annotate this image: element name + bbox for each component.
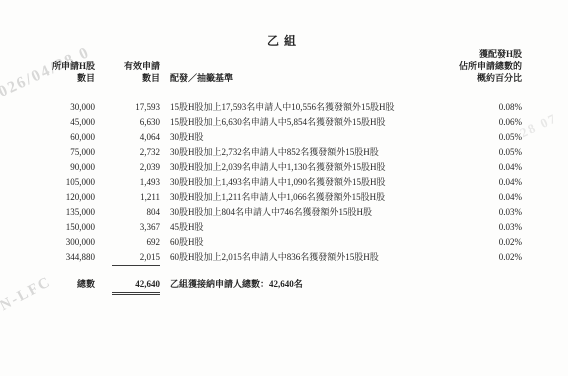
table-row: 120,000 1,211 30股H股加上1,211名申請人中1,066名獲發額… bbox=[45, 190, 522, 205]
percentage-cell: 0.02% bbox=[438, 235, 522, 250]
valid-applications-cell: 2,015 bbox=[95, 250, 160, 266]
valid-applications-cell: 2,732 bbox=[95, 145, 160, 160]
page-title: 乙組 bbox=[0, 32, 568, 49]
basis-cell: 30股H股加上1,493名申請人中1,090名獲發額外15股H股 bbox=[160, 175, 438, 190]
percentage-cell: 0.02% bbox=[438, 250, 522, 266]
basis-cell: 15股H股加上6,630名申請人中5,854名獲發額外15股H股 bbox=[160, 115, 438, 130]
column-header-basis: 配發／抽籤基準 bbox=[160, 48, 438, 84]
applied-shares-cell: 45,000 bbox=[45, 115, 95, 130]
total-double-rule: 42,640 bbox=[112, 277, 160, 295]
table-row: 300,000 692 60股H股 0.02% bbox=[45, 235, 522, 250]
percentage-cell: 0.05% bbox=[438, 145, 522, 160]
valid-applications-cell: 1,211 bbox=[95, 190, 160, 205]
table-header-row: 所申請H股 數目 有效申請 數目 配發／抽籤基準 獲配發H股 佔所申請總數的 概… bbox=[45, 48, 522, 84]
watermark-fragment: 28 07 bbox=[518, 110, 560, 141]
basis-cell: 30股H股加上1,211名申請人中1,066名獲發額外15股H股 bbox=[160, 190, 438, 205]
applied-shares-cell: 60,000 bbox=[45, 130, 95, 145]
table-row: 150,000 3,367 45股H股 0.03% bbox=[45, 220, 522, 235]
applied-shares-cell: 300,000 bbox=[45, 235, 95, 250]
percentage-cell: 0.05% bbox=[438, 130, 522, 145]
valid-applications-cell: 2,039 bbox=[95, 160, 160, 175]
column-header-line: 佔所申請總數的 bbox=[459, 60, 522, 72]
column-header-valid-applications: 有效申請 數目 bbox=[95, 48, 160, 84]
total-valid-applications: 42,640 bbox=[95, 277, 160, 295]
table-row: 30,000 17,593 15股H股加上17,593名申請人中10,556名獲… bbox=[45, 100, 522, 115]
basis-cell: 60股H股加上2,015名申請人中836名獲發額外15股H股 bbox=[160, 250, 438, 266]
percentage-cell: 0.03% bbox=[438, 205, 522, 220]
percentage-cell: 0.06% bbox=[438, 115, 522, 130]
allotment-table: 所申請H股 數目 有效申請 數目 配發／抽籤基準 獲配發H股 佔所申請總數的 概… bbox=[45, 48, 522, 295]
applied-shares-cell: 90,000 bbox=[45, 160, 95, 175]
applied-shares-cell: 105,000 bbox=[45, 175, 95, 190]
column-header-line: 數目 bbox=[77, 72, 95, 84]
valid-applications-cell: 804 bbox=[95, 205, 160, 220]
valid-applications-cell: 3,367 bbox=[95, 220, 160, 235]
total-row: 總數 42,640 乙組獲接納申請人總數：42,640名 bbox=[45, 277, 522, 295]
valid-applications-cell: 4,064 bbox=[95, 130, 160, 145]
percentage-cell: 0.03% bbox=[438, 220, 522, 235]
percentage-cell: 0.04% bbox=[438, 175, 522, 190]
total-percentage-cell bbox=[438, 277, 522, 295]
valid-applications-cell: 17,593 bbox=[95, 100, 160, 115]
applied-shares-cell: 120,000 bbox=[45, 190, 95, 205]
table-row: 60,000 4,064 30股H股 0.05% bbox=[45, 130, 522, 145]
total-label: 總數 bbox=[45, 277, 95, 295]
total-note: 乙組獲接納申請人總數：42,640名 bbox=[160, 277, 438, 295]
applied-shares-cell: 75,000 bbox=[45, 145, 95, 160]
table-row: 45,000 6,630 15股H股加上6,630名申請人中5,854名獲發額外… bbox=[45, 115, 522, 130]
applied-shares-cell: 344,880 bbox=[45, 250, 95, 266]
document-page: -2026/04/28 0 UN-LFC 28 07 乙組 所申請H股 數目 有… bbox=[0, 0, 568, 376]
table-row: 344,880 2,015 60股H股加上2,015名申請人中836名獲發額外1… bbox=[45, 250, 522, 265]
column-header-line: 所申請H股 bbox=[52, 60, 95, 72]
applied-shares-cell: 150,000 bbox=[45, 220, 95, 235]
table-row: 135,000 804 30股H股加上804名申請人中746名獲發額外15股H股… bbox=[45, 205, 522, 220]
column-header-line: 獲配發H股 bbox=[479, 48, 522, 60]
valid-applications-cell: 1,493 bbox=[95, 175, 160, 190]
column-header-line: 有效申請 bbox=[124, 60, 160, 72]
table-row: 105,000 1,493 30股H股加上1,493名申請人中1,090名獲發額… bbox=[45, 175, 522, 190]
valid-applications-cell: 6,630 bbox=[95, 115, 160, 130]
percentage-cell: 0.08% bbox=[438, 100, 522, 115]
column-header-line: 概約百分比 bbox=[477, 72, 522, 84]
basis-cell: 15股H股加上17,593名申請人中10,556名獲發額外15股H股 bbox=[160, 100, 438, 115]
basis-cell: 30股H股加上2,039名申請人中1,130名獲發額外15股H股 bbox=[160, 160, 438, 175]
basis-cell: 60股H股 bbox=[160, 235, 438, 250]
basis-cell: 30股H股 bbox=[160, 130, 438, 145]
basis-cell: 45股H股 bbox=[160, 220, 438, 235]
column-header-percentage: 獲配發H股 佔所申請總數的 概約百分比 bbox=[438, 48, 522, 84]
valid-applications-cell: 692 bbox=[95, 235, 160, 250]
column-header-applied-shares: 所申請H股 數目 bbox=[45, 48, 95, 84]
table-body: 30,000 17,593 15股H股加上17,593名申請人中10,556名獲… bbox=[45, 100, 522, 265]
applied-shares-cell: 135,000 bbox=[45, 205, 95, 220]
table-row: 90,000 2,039 30股H股加上2,039名申請人中1,130名獲發額外… bbox=[45, 160, 522, 175]
table-row: 75,000 2,732 30股H股加上2,732名申請人中852名獲發額外15… bbox=[45, 145, 522, 160]
subtotal-rule: 2,015 bbox=[112, 250, 160, 266]
basis-cell: 30股H股加上2,732名申請人中852名獲發額外15股H股 bbox=[160, 145, 438, 160]
applied-shares-cell: 30,000 bbox=[45, 100, 95, 115]
column-header-line: 配發／抽籤基準 bbox=[170, 72, 438, 84]
percentage-cell: 0.04% bbox=[438, 160, 522, 175]
percentage-cell: 0.04% bbox=[438, 190, 522, 205]
column-header-line: 數目 bbox=[142, 72, 160, 84]
basis-cell: 30股H股加上804名申請人中746名獲發額外15股H股 bbox=[160, 205, 438, 220]
